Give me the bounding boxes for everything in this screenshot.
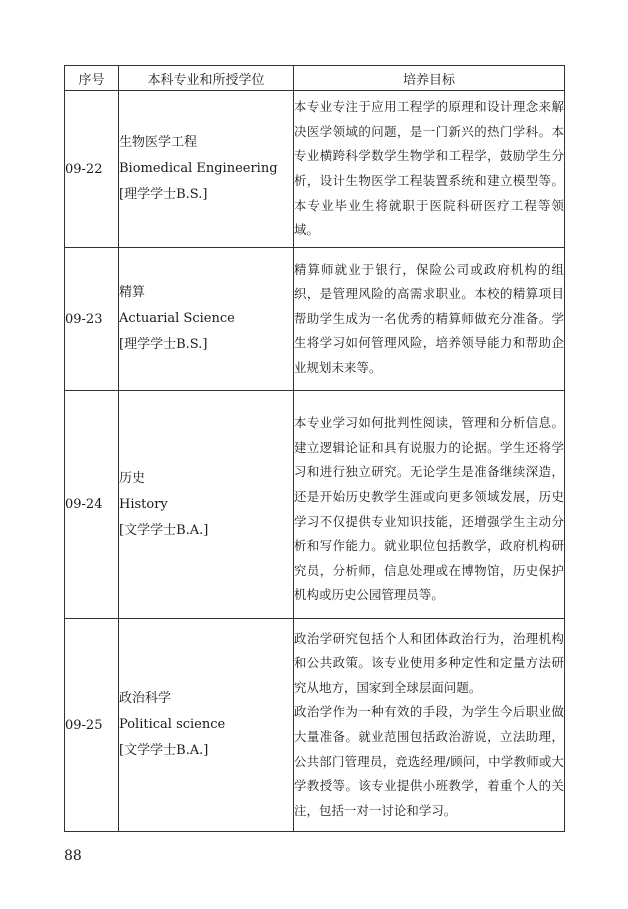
header-goal: 培养目标	[294, 66, 565, 91]
table-row: 09-22 生物医学工程 Biomedical Engineering [理学学…	[65, 91, 565, 248]
row-code: 09-23	[65, 248, 119, 391]
majors-table: 序号 本科专业和所授学位 培养目标 09-22 生物医学工程 Biomedica…	[64, 65, 565, 832]
major-en: History	[119, 492, 293, 518]
row-code: 09-25	[65, 619, 119, 832]
major-en: Actuarial Science	[119, 306, 293, 332]
degree: [理学学士B.S.]	[119, 332, 293, 358]
major-cn: 历史	[119, 466, 293, 492]
page-number: 88	[64, 848, 82, 864]
table-row: 09-23 精算 Actuarial Science [理学学士B.S.] 精算…	[65, 248, 565, 391]
row-code: 09-22	[65, 91, 119, 248]
goal-text: 政治学作为一种有效的手段，为学生今后职业做大量准备。就业范围包括政治游说，立法助…	[294, 700, 564, 823]
row-major: 政治科学 Political science [文学学士B.A.]	[119, 619, 294, 832]
row-major: 历史 History [文学学士B.A.]	[119, 391, 294, 619]
header-row: 序号 本科专业和所授学位 培养目标	[65, 66, 565, 91]
document-page: 序号 本科专业和所授学位 培养目标 09-22 生物医学工程 Biomedica…	[0, 0, 628, 909]
row-major: 生物医学工程 Biomedical Engineering [理学学士B.S.]	[119, 91, 294, 248]
row-major: 精算 Actuarial Science [理学学士B.S.]	[119, 248, 294, 391]
goal-text: 精算师就业于银行，保险公司或政府机构的组织，是管理风险的高需求职业。本校的精算项…	[294, 258, 564, 381]
table-row: 09-25 政治科学 Political science [文学学士B.A.] …	[65, 619, 565, 832]
degree: [理学学士B.S.]	[119, 182, 293, 208]
header-code: 序号	[65, 66, 119, 91]
major-en: Biomedical Engineering	[119, 156, 293, 182]
major-cn: 生物医学工程	[119, 130, 293, 156]
major-cn: 政治科学	[119, 686, 293, 712]
goal-text: 政治学研究包括个人和团体政治行为，治理机构和公共政策。该专业使用多种定性和定量方…	[294, 627, 564, 701]
header-major: 本科专业和所授学位	[119, 66, 294, 91]
row-code: 09-24	[65, 391, 119, 619]
goal-text: 本专业学习如何批判性阅读，管理和分析信息。建立逻辑论证和具有说服力的论据。学生还…	[294, 411, 564, 608]
major-en: Political science	[119, 712, 293, 738]
degree: [文学学士B.A.]	[119, 738, 293, 764]
row-goal: 精算师就业于银行，保险公司或政府机构的组织，是管理风险的高需求职业。本校的精算项…	[294, 248, 565, 391]
row-goal: 本专业专注于应用工程学的原理和设计理念来解决医学领域的问题，是一门新兴的热门学科…	[294, 91, 565, 248]
table-row: 09-24 历史 History [文学学士B.A.] 本专业学习如何批判性阅读…	[65, 391, 565, 619]
row-goal: 政治学研究包括个人和团体政治行为，治理机构和公共政策。该专业使用多种定性和定量方…	[294, 619, 565, 832]
row-goal: 本专业学习如何批判性阅读，管理和分析信息。建立逻辑论证和具有说服力的论据。学生还…	[294, 391, 565, 619]
major-cn: 精算	[119, 280, 293, 306]
goal-text: 本专业专注于应用工程学的原理和设计理念来解决医学领域的问题，是一门新兴的热门学科…	[294, 95, 564, 243]
degree: [文学学士B.A.]	[119, 518, 293, 544]
